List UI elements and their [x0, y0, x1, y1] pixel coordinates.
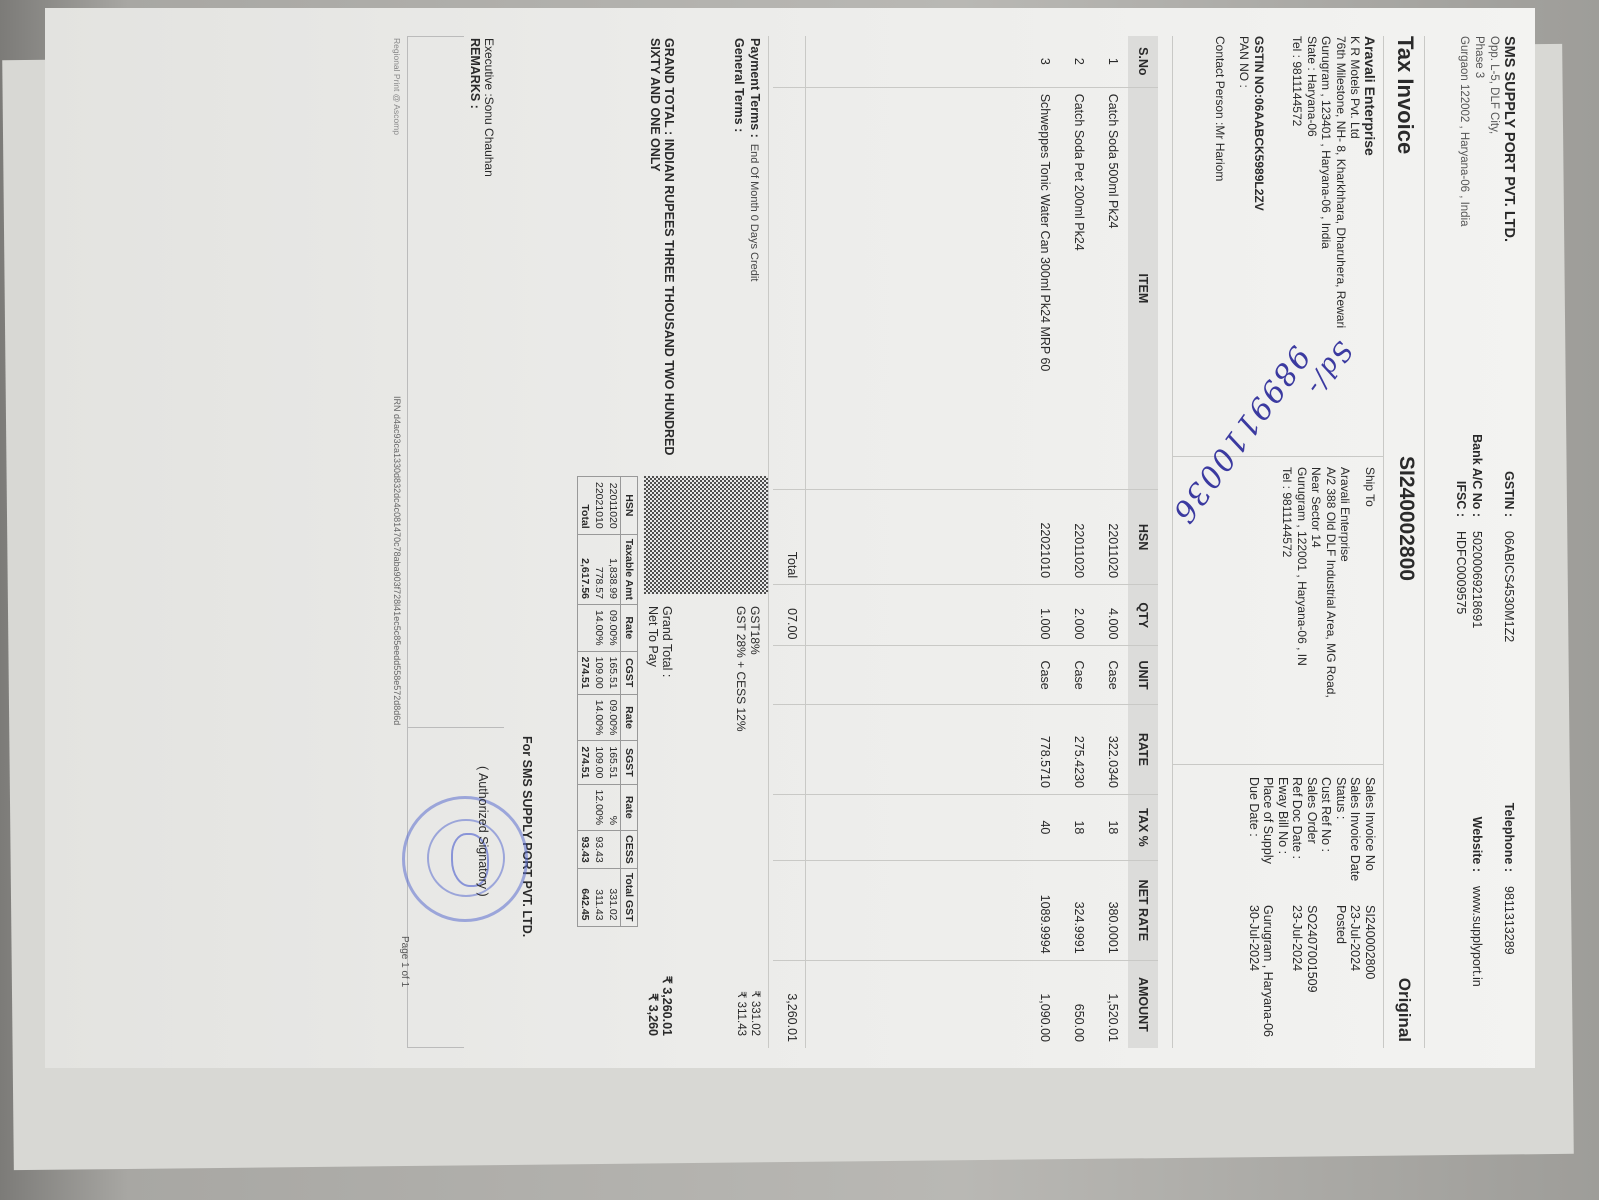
meta-row: Sales Invoice Date23-Jul-2024 [1348, 777, 1363, 1054]
remarks-label: REMARKS : [468, 38, 482, 109]
company-website: www.supplyport.in [1470, 886, 1484, 987]
hsn-row: 22021010778.5714.00%109.0014.00%109.0012… [592, 477, 606, 927]
hsn-row: 220110201,838.9909.00%165.5109.00%165.51… [606, 477, 621, 927]
invoice-meta: Sales Invoice NoSI240002800Sales Invoice… [1173, 764, 1383, 1054]
column-header: QTY [1128, 585, 1158, 646]
company-contact: Telephone :9811313289 Website :www.suppl… [1469, 796, 1517, 987]
irn-number: IRN d4ac93ca1330d832dc4c081470c78aba903f… [392, 396, 402, 725]
column-header: S.No [1128, 36, 1158, 87]
meta-row: Place of SupplyGurugram , Haryana-06 [1261, 777, 1276, 1054]
column-header: ITEM [1128, 87, 1158, 489]
table-row: 1Catch Soda 500ml Pk24220110204.000Case3… [1094, 36, 1128, 1048]
items-total-row: Total07.003,260.01 [773, 36, 806, 1048]
column-header: NET RATE [1128, 860, 1158, 960]
title-bar: Tax Invoice SI240002800 Original [1383, 36, 1424, 1048]
column-header: RATE [1128, 704, 1158, 794]
payment-terms: End Of Month 0 Days Credit [748, 144, 760, 282]
contact-person: Contact Person :Mr Hariom [1213, 36, 1228, 456]
bank-account: 50200069218691 [1470, 531, 1484, 628]
document-title: Tax Invoice [1392, 36, 1418, 154]
company-header: SMS SUPPLY PORT PVT. LTD. Opp. L-5, DLF … [1424, 36, 1517, 1048]
company-telephone: 9811313289 [1502, 886, 1516, 955]
page-number: Page 1 of 1 [399, 936, 410, 987]
meta-row: Sales Invoice NoSI240002800 [1363, 777, 1378, 1054]
executive: Executive :Sonu Chauhan [482, 38, 496, 177]
invoice-page: SMS SUPPLY PORT PVT. LTD. Opp. L-5, DLF … [45, 8, 1535, 1068]
column-header: TAX % [1128, 794, 1158, 860]
grand-total-value: ₹ 3,260.01 [660, 976, 674, 1036]
authorized-signatory: ( Authorized Signatory ) [476, 766, 490, 897]
parties-section: Aravali Enterprise K R Motels Pvt. Ltd 7… [1172, 36, 1383, 1048]
company-gstin: 06ABICS4530M1Z2 [1502, 531, 1516, 642]
column-header: AMOUNT [1128, 960, 1158, 1048]
gst-summary-labels: GST18% GST 28% + CESS 12% [734, 606, 762, 732]
table-row: 3Schweppes Tonic Water Can 300ml Pk24 MR… [1026, 36, 1060, 1048]
company-stamp-icon [402, 796, 528, 922]
meta-row: Status :Posted [1334, 777, 1349, 1054]
column-header: HSN [1128, 490, 1158, 585]
meta-row: Cust Ref No : [1319, 777, 1334, 1054]
table-row: 2Catch Soda Pet 200ml Pk24220110202.000C… [1060, 36, 1094, 1048]
terms-section: Payment Terms :End Of Month 0 Days Credi… [682, 36, 769, 1048]
meta-row: Due Date :30-Jul-2024 [1247, 777, 1262, 1054]
print-note: Regional Print @ Ascomp [392, 38, 402, 135]
invoice-number: SI240002800 [1394, 456, 1418, 581]
net-to-pay-value: ₹ 3,260 [646, 976, 660, 1036]
meta-row: Eway Bill No : [1276, 777, 1291, 1054]
gst-summary-amounts: ₹ 331.02 ₹ 311.43 [734, 990, 762, 1036]
column-header: UNIT [1128, 646, 1158, 704]
hsn-row: Total2,617.56274.51274.5193.43642.45 [578, 477, 593, 927]
company-bank-info: GSTIN :06ABICS4530M1Z2 Bank A/C No :5020… [1453, 431, 1517, 642]
meta-row: Sales OrderSO2407001509 [1305, 777, 1320, 1054]
meta-row: Ref Doc Date :23-Jul-2024 [1290, 777, 1305, 1054]
ifsc-code: HDFC0009575 [1454, 531, 1468, 614]
items-table: S.NoITEMHSNQTYUNITRATETAX %NET RATEAMOUN… [773, 36, 1158, 1048]
copy-label: Original [1394, 978, 1414, 1042]
footer: Executive :Sonu Chauhan REMARKS : For SM… [296, 36, 496, 1048]
hsn-tax-table: HSNTaxable AmtRateCGSTRateSGSTRateCESSTo… [577, 476, 638, 927]
